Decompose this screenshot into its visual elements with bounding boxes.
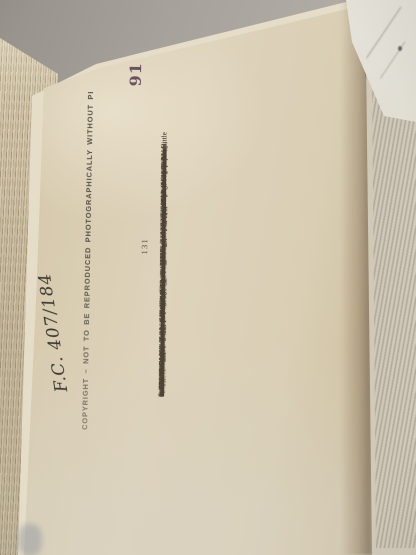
handwritten-reference: F.C. 407/184 xyxy=(36,282,72,394)
page-body-text: The Bedouins of Western Behera remained … xyxy=(158,95,161,397)
ink-speck xyxy=(398,46,402,51)
book-photograph: F.C. 407/184 COPYRIGHT – NOT TO BE REPRO… xyxy=(0,0,416,555)
archive-folio-stamp: 91 xyxy=(126,62,145,86)
blue-smudge xyxy=(18,524,42,555)
printed-page-number: 131 xyxy=(139,238,149,255)
copyright-stamp: COPYRIGHT – NOT TO BE REPRODUCED PHOTOGR… xyxy=(80,92,95,430)
